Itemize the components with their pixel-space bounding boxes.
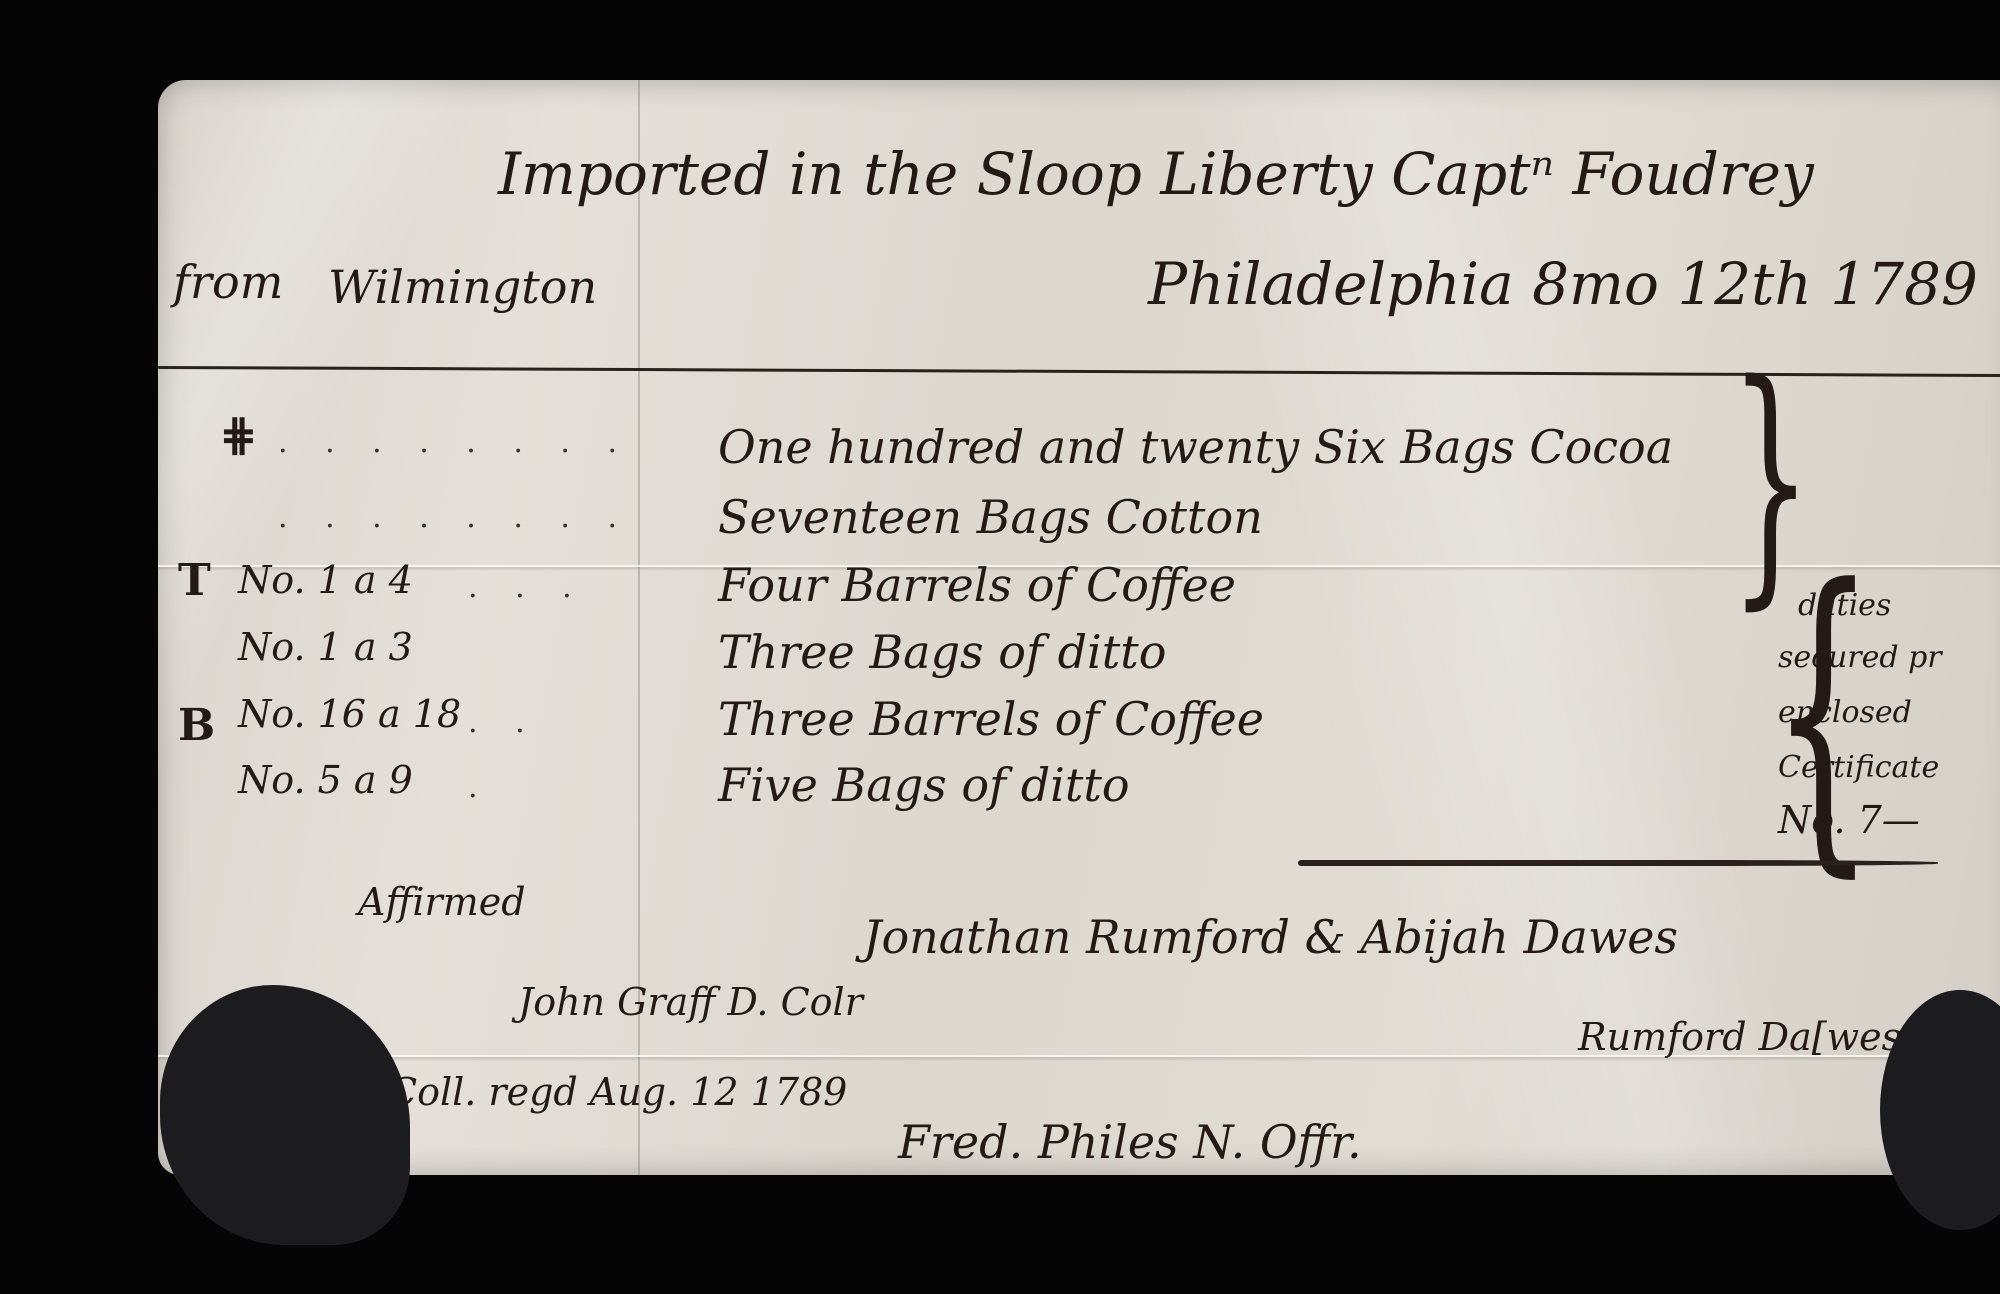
header-title: Imported in the Sloop Liberty Captⁿ Foud… (498, 140, 1814, 208)
margin-note-line: Certificate (1778, 750, 1939, 785)
leader-dots: . . . . . . . . (278, 500, 631, 535)
entry-description: One hundred and twenty Six Bags Cocoa (718, 420, 1673, 474)
entry-description: Four Barrels of Coffee (718, 558, 1236, 612)
leader-dots: . . . . . . . . (278, 425, 631, 460)
margin-note-line: enclosed (1778, 695, 1912, 730)
margin-note-line: No. 7— (1778, 798, 1920, 842)
firm-signature: Rumford Da[wes] (1578, 1015, 1916, 1059)
importers-signature: Jonathan Rumford & Abijah Dawes (863, 910, 1678, 964)
place-date: Philadelphia 8mo 12th 1789 (1148, 250, 1978, 318)
margin-note-line: secured pr (1778, 640, 1942, 675)
margin-note-line: duties (1798, 588, 1891, 623)
closing-rule (1298, 860, 1938, 866)
from-label: from (173, 255, 283, 309)
entry-numbers: No. 5 a 9 (238, 758, 413, 802)
entry-numbers: No. 16 a 18 (238, 692, 461, 736)
header-rule (158, 366, 2000, 377)
entry-description: Three Bags of ditto (718, 625, 1166, 679)
affirmed-label: Affirmed (358, 880, 526, 924)
clerk-signature: Fred. Philes N. Offr. (898, 1115, 1362, 1169)
registry-note: Coll. regd Aug. 12 1789 (388, 1070, 847, 1114)
entry-description: Five Bags of ditto (718, 758, 1130, 812)
entry-mark: B (178, 700, 215, 751)
entry-numbers: No. 1 a 3 (238, 625, 413, 669)
affirmed-by-signature: John Graff D. Colr (518, 980, 863, 1024)
leader-dots: . . (468, 705, 539, 740)
leader-dots: . . . (468, 570, 586, 605)
entry-description: Seventeen Bags Cotton (718, 490, 1263, 544)
document-paper: Imported in the Sloop Liberty Captⁿ Foud… (158, 80, 2000, 1175)
entry-mark: ⋕ (220, 410, 257, 461)
entry-description: Three Barrels of Coffee (718, 692, 1264, 746)
leader-dots: . (468, 770, 492, 805)
from-place: Wilmington (328, 260, 597, 314)
entry-mark: T (178, 555, 211, 606)
entry-numbers: No. 1 a 4 (238, 558, 413, 602)
